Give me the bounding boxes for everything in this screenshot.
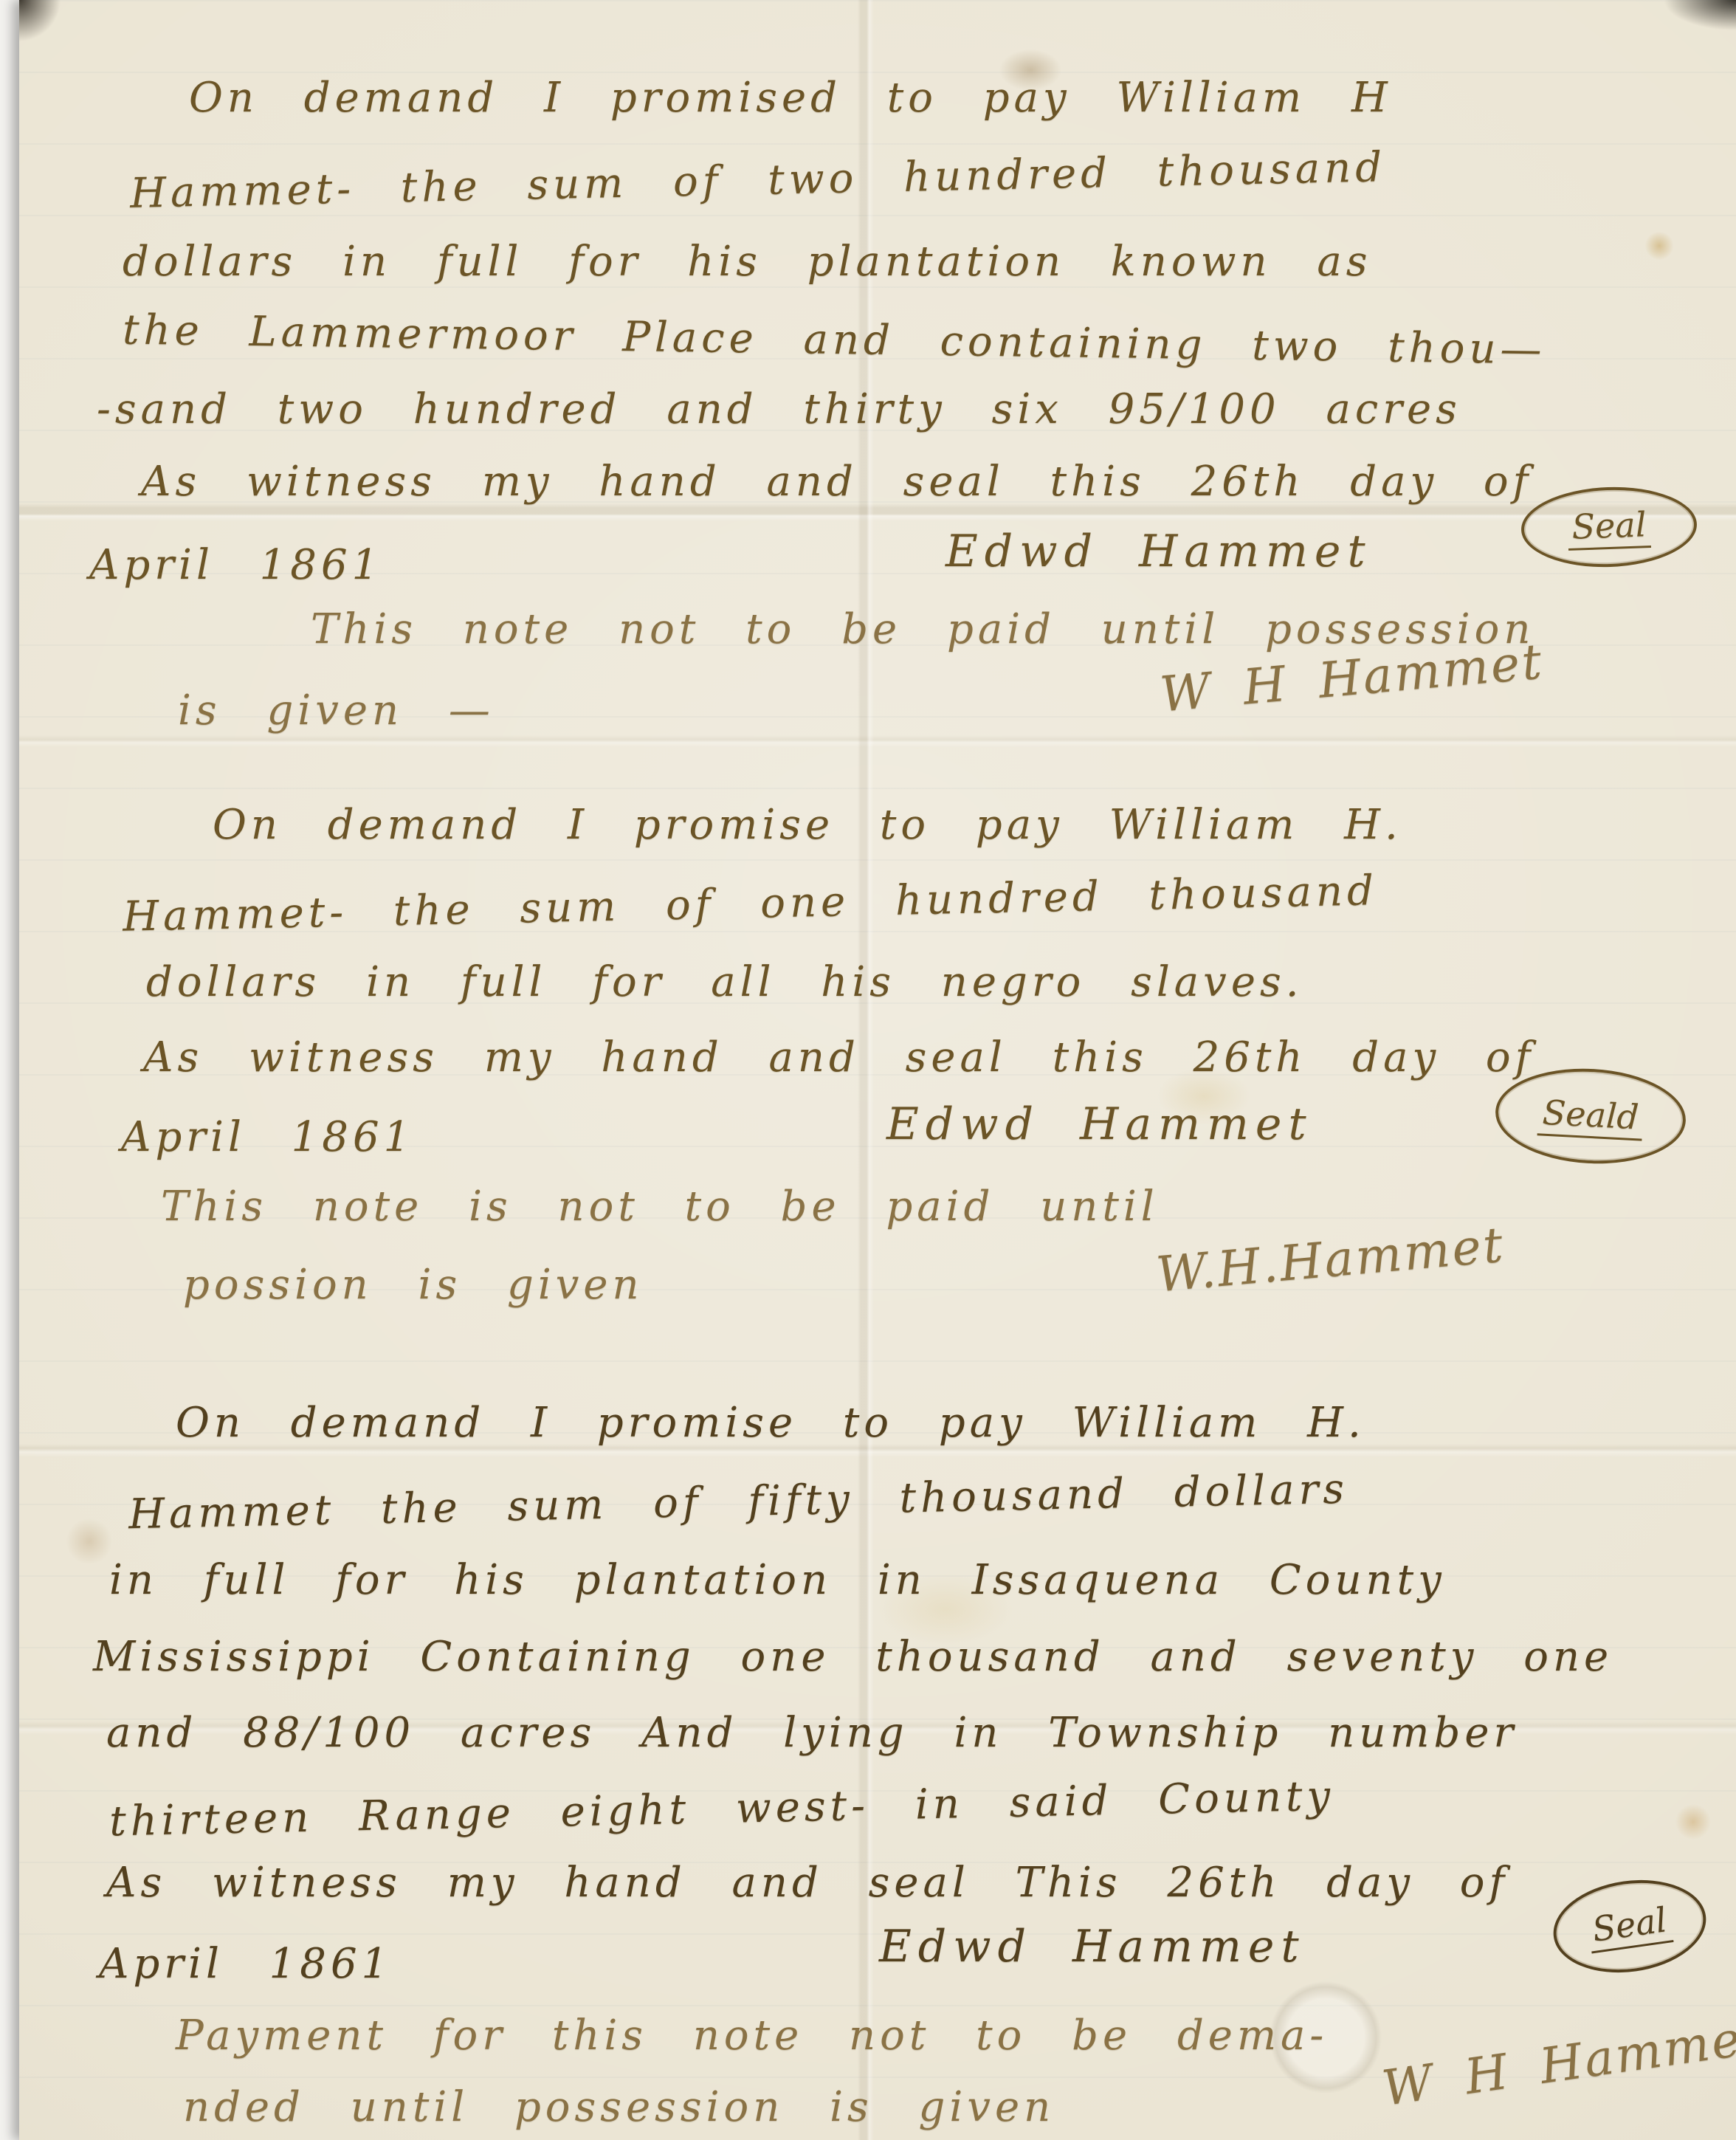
note3-endorsement-line2: nded until possession is given — [183, 2083, 1055, 2131]
note1-date: April 1861 — [89, 541, 382, 589]
note1-endorsement-line2: is given — — [178, 687, 495, 734]
note2-seal-flourish: Seald — [1493, 1064, 1688, 1168]
note2-line1: On demand I promise to pay William H. — [213, 801, 1402, 849]
note2-line4: As witness my hand and seal this 26th da… — [143, 1033, 1534, 1081]
note3-seal-flourish: Seal — [1547, 1871, 1712, 1982]
scanned-document: On demand I promised to pay William H Ha… — [0, 0, 1736, 2140]
note2-signature: Edwd Hammet — [886, 1098, 1313, 1150]
note2-seal-label: Seald — [1537, 1092, 1644, 1140]
note3-signature: Edwd Hammet — [879, 1921, 1306, 1972]
note1-line2: Hammet- the sum of two hundred thousand — [130, 143, 1387, 218]
note1-endorsement-line1: This note not to be paid until possessio… — [311, 605, 1534, 653]
note3-line4: Mississippi Containing one thousand and … — [93, 1633, 1613, 1681]
note3-date: April 1861 — [99, 1940, 392, 1988]
note1-signature: Edwd Hammet — [945, 526, 1372, 577]
note3-line2: Hammet the sum of fifty thousand dollars — [128, 1465, 1349, 1539]
note3-line1: On demand I promise to pay William H. — [176, 1399, 1365, 1447]
note1-line5: -sand two hundred and thirty six 95/100 … — [97, 385, 1461, 433]
note3-endorsement-line1: Payment for this note not to be dema- — [176, 2012, 1328, 2060]
note3-line3: in full for his plantation in Issaquena … — [109, 1556, 1446, 1604]
note3-line5: and 88/100 acres And lying in Township n… — [106, 1709, 1518, 1757]
note1-line3: dollars in full for his plantation known… — [123, 238, 1372, 286]
note1-line6: As witness my hand and seal this 26th da… — [141, 458, 1532, 506]
note3-line6: thirteen Range eight west- in said Count… — [109, 1772, 1335, 1846]
note2-endorsement-signature: W.H.Hammet — [1154, 1217, 1507, 1304]
note2-endorsement-line2: possion is given — [183, 1261, 644, 1309]
note1-seal-flourish: Seal — [1520, 484, 1698, 570]
note3-endorsement-signature: W H Hammet — [1379, 2007, 1736, 2117]
note2-line2: Hammet- the sum of one hundred thousand — [123, 867, 1379, 941]
note2-date: April 1861 — [121, 1113, 414, 1161]
note1-line4: the Lammermoor Place and containing two … — [123, 306, 1546, 374]
note2-line3: dollars in full for all his negro slaves… — [146, 958, 1303, 1006]
note3-seal-label: Seal — [1585, 1899, 1674, 1953]
paper-sheet: On demand I promised to pay William H Ha… — [19, 0, 1736, 2140]
note2-endorsement-line1: This note is not to be paid until — [161, 1183, 1159, 1231]
note1-seal-label: Seal — [1567, 504, 1652, 551]
note1-line1: On demand I promised to pay William H — [189, 74, 1392, 122]
note3-line7: As witness my hand and seal This 26th da… — [106, 1859, 1509, 1907]
